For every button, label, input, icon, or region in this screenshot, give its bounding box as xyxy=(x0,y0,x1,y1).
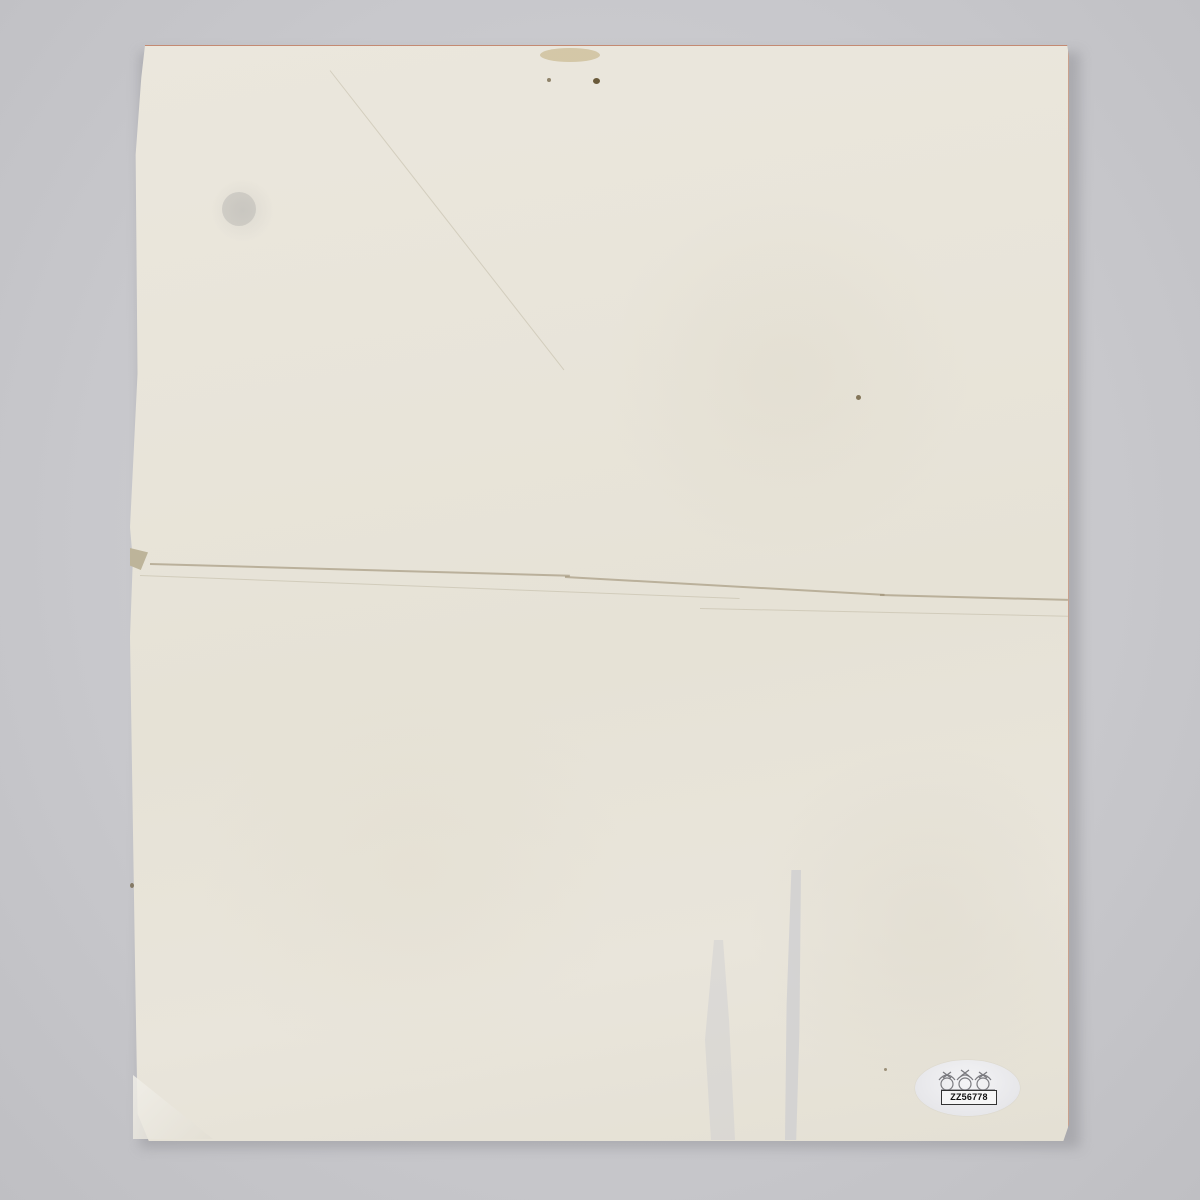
authentication-sticker: ZZ56778 xyxy=(915,1060,1020,1116)
stain-speck xyxy=(884,1068,887,1071)
grey-smudge xyxy=(222,192,256,226)
stain-speck xyxy=(130,883,134,888)
sticker-serial-number: ZZ56778 xyxy=(941,1090,997,1105)
hologram-logo-icon xyxy=(937,1066,999,1092)
stain-speck xyxy=(593,78,600,84)
stain-speck xyxy=(856,395,861,400)
stain-speck xyxy=(547,78,551,82)
top-edge-stain xyxy=(540,48,600,62)
